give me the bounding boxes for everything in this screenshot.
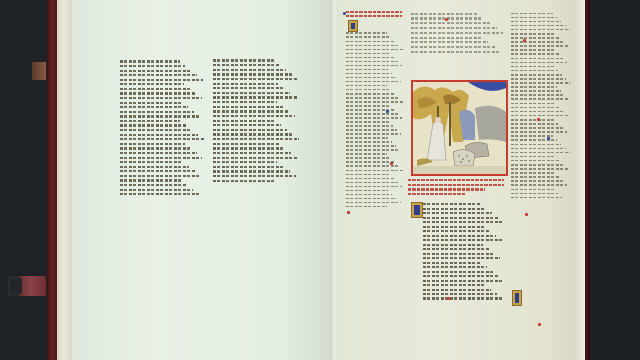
text-line — [346, 149, 400, 151]
text-line — [511, 189, 554, 191]
decorated-initial-2 — [411, 202, 423, 218]
rubric-heading — [346, 10, 402, 20]
text-line — [511, 127, 563, 129]
text-line — [346, 117, 402, 119]
paragraph-mark — [347, 211, 350, 214]
text-line — [423, 230, 490, 232]
text-line — [213, 96, 297, 98]
text-line — [213, 166, 283, 168]
text-line — [346, 161, 395, 163]
text-line — [120, 189, 193, 191]
paragraph-mark-blue — [343, 12, 346, 15]
text-line — [346, 170, 403, 172]
text-line — [423, 293, 497, 295]
text-line — [511, 107, 560, 109]
text-line — [213, 143, 279, 145]
text-line — [213, 170, 290, 172]
text-line — [346, 36, 391, 38]
text-line — [511, 70, 558, 72]
text-line — [120, 74, 197, 76]
text-line — [511, 115, 568, 117]
text-line — [511, 29, 570, 31]
text-line — [346, 153, 387, 155]
text-line — [511, 25, 566, 27]
text-line — [213, 124, 281, 126]
text-line — [511, 82, 570, 84]
text-line — [120, 193, 199, 195]
text-line — [511, 53, 559, 55]
text-line — [120, 152, 197, 154]
commentary-left — [346, 30, 404, 330]
text-line — [346, 202, 401, 204]
text-line — [346, 206, 387, 208]
text-line — [120, 92, 196, 94]
text-line — [423, 239, 502, 241]
text-line — [346, 49, 403, 51]
text-line — [213, 133, 293, 135]
text-line — [411, 41, 488, 43]
text-line — [120, 106, 188, 108]
text-line — [411, 22, 490, 24]
text-line — [346, 194, 392, 196]
text-line — [120, 88, 190, 90]
text-line — [423, 284, 485, 286]
text-line — [423, 248, 489, 250]
text-line — [213, 152, 291, 154]
text-line — [511, 41, 564, 43]
text-line — [346, 61, 398, 63]
text-line — [511, 66, 554, 68]
text-line — [346, 182, 398, 184]
text-line — [120, 157, 202, 159]
text-line — [346, 145, 396, 147]
text-line — [423, 253, 494, 255]
text-line — [120, 143, 185, 145]
text-line — [411, 27, 497, 29]
text-line — [213, 101, 277, 103]
text-line — [346, 85, 387, 87]
text-line — [423, 221, 503, 223]
text-line — [511, 111, 564, 113]
background-left — [0, 0, 48, 360]
text-line — [120, 134, 198, 136]
text-line — [511, 172, 555, 174]
text-line — [511, 17, 557, 19]
paragraph-mark — [445, 18, 448, 21]
text-line — [511, 123, 558, 125]
text-line — [511, 58, 563, 60]
clasp-knob — [10, 278, 22, 294]
text-line — [346, 137, 388, 139]
text-line — [511, 184, 567, 186]
text-line — [213, 175, 296, 177]
text-line — [423, 262, 481, 264]
text-line — [120, 138, 204, 140]
text-line — [511, 86, 557, 88]
paragraph-mark — [447, 297, 450, 300]
verse-column-2 — [213, 57, 300, 247]
text-line — [423, 217, 498, 219]
text-line — [511, 168, 569, 170]
text-line — [511, 180, 563, 182]
text-line — [120, 70, 191, 72]
text-line — [346, 69, 388, 71]
text-line — [346, 186, 402, 188]
text-line — [120, 111, 194, 113]
text-line — [346, 97, 399, 99]
paragraph-mark — [538, 323, 541, 326]
text-line — [213, 120, 275, 122]
text-line — [511, 49, 555, 51]
page-edge-left — [57, 0, 73, 360]
text-line — [213, 78, 298, 80]
text-line — [346, 77, 396, 79]
text-line — [511, 90, 561, 92]
text-line — [120, 161, 183, 163]
text-line — [120, 120, 180, 122]
rubric-heading-2 — [408, 178, 504, 200]
text-line — [346, 101, 403, 103]
text-line — [213, 110, 289, 112]
binding-left — [47, 0, 57, 360]
text-line — [213, 129, 287, 131]
text-line — [120, 129, 192, 131]
text-line — [120, 97, 202, 99]
text-line — [423, 289, 491, 291]
text-line — [346, 105, 390, 107]
text-line — [511, 94, 565, 96]
text-line — [423, 226, 485, 228]
verse-top — [411, 10, 505, 76]
verse-column-1 — [120, 58, 205, 264]
text-line — [511, 176, 559, 178]
text-line — [423, 235, 496, 237]
miniature-illustration — [411, 80, 508, 176]
text-line — [213, 106, 283, 108]
text-line — [346, 129, 397, 131]
text-line — [213, 161, 277, 163]
text-line — [346, 141, 392, 143]
text-line — [511, 119, 554, 121]
text-line — [423, 297, 503, 299]
text-line — [511, 78, 566, 80]
text-line — [120, 115, 200, 117]
text-line — [120, 83, 184, 85]
text-line — [346, 157, 391, 159]
text-line — [120, 102, 182, 104]
text-line — [346, 73, 392, 75]
text-line — [120, 184, 187, 186]
text-line — [423, 244, 483, 246]
text-line — [120, 147, 191, 149]
text-line — [213, 83, 278, 85]
text-line — [346, 174, 390, 176]
text-line — [511, 148, 566, 150]
text-line — [511, 156, 556, 158]
text-line — [213, 138, 299, 140]
text-line — [511, 152, 570, 154]
text-line — [120, 166, 189, 168]
text-line — [346, 113, 398, 115]
text-line — [511, 144, 561, 146]
text-line — [423, 257, 500, 259]
text-line — [346, 53, 390, 55]
leather-tab — [32, 62, 46, 80]
text-line — [411, 32, 503, 34]
text-line — [120, 175, 201, 177]
page-edge-right — [575, 0, 585, 360]
text-line — [346, 125, 393, 127]
paragraph-mark — [523, 39, 526, 42]
text-line — [346, 133, 401, 135]
text-line — [423, 208, 486, 210]
text-line — [511, 45, 569, 47]
text-line — [423, 275, 498, 277]
paragraph-mark — [390, 162, 393, 165]
text-line — [346, 198, 396, 200]
paragraph-mark — [537, 118, 540, 121]
text-line — [213, 180, 276, 182]
text-line — [411, 51, 501, 53]
text-line — [411, 37, 482, 39]
text-line — [213, 157, 297, 159]
text-line — [213, 64, 280, 66]
text-line — [511, 103, 555, 105]
text-line — [423, 266, 487, 268]
decorated-initial-3 — [512, 290, 522, 306]
text-line — [346, 81, 401, 83]
dark-wood-scene-icon — [413, 82, 506, 174]
text-line — [423, 203, 480, 205]
text-line — [120, 170, 195, 172]
text-line — [346, 57, 394, 59]
text-line — [511, 139, 557, 141]
text-line — [411, 13, 477, 15]
text-line — [346, 178, 394, 180]
text-line — [511, 62, 567, 64]
text-line — [120, 124, 186, 126]
text-line — [423, 271, 493, 273]
text-line — [213, 92, 290, 94]
text-line — [511, 13, 553, 15]
text-line — [511, 197, 562, 199]
background-right — [588, 0, 640, 360]
text-line — [511, 74, 562, 76]
text-line — [511, 33, 556, 35]
text-line — [120, 60, 180, 62]
paragraph-mark — [525, 213, 528, 216]
text-line — [346, 32, 387, 34]
text-line — [213, 59, 274, 61]
text-line — [120, 79, 203, 81]
text-line — [213, 115, 295, 117]
text-line — [511, 21, 561, 23]
paragraph-mark-blue — [386, 110, 389, 113]
text-line — [511, 160, 560, 162]
text-line — [120, 65, 185, 67]
text-line — [423, 212, 492, 214]
text-line — [346, 165, 399, 167]
text-line — [511, 98, 569, 100]
text-line — [346, 45, 399, 47]
text-line — [346, 65, 402, 67]
text-line — [511, 131, 567, 133]
text-line — [346, 190, 388, 192]
text-line — [346, 89, 391, 91]
text-line — [213, 69, 286, 71]
paragraph-mark-blue — [547, 137, 550, 140]
text-line — [511, 37, 560, 39]
text-line — [511, 193, 558, 195]
text-line — [346, 93, 395, 95]
verse-lower — [423, 201, 505, 351]
text-line — [213, 73, 292, 75]
text-line — [346, 121, 389, 123]
text-line — [511, 164, 564, 166]
text-line — [346, 41, 395, 43]
text-line — [411, 46, 495, 48]
text-line — [213, 87, 284, 89]
text-line — [213, 147, 285, 149]
text-line — [423, 280, 504, 282]
text-line — [120, 179, 181, 181]
